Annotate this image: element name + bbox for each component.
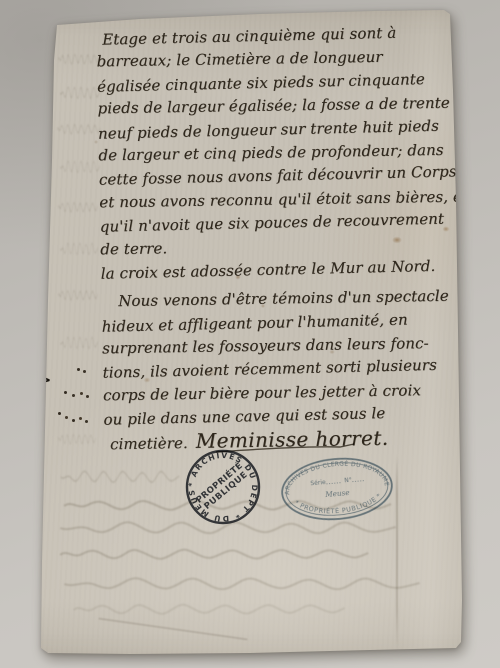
ink-bleedthrough bbox=[58, 547, 388, 561]
ink-bleedthrough bbox=[60, 336, 98, 350]
paper-shadow-wrap: Etage et trois au cinquième qui sont à b… bbox=[0, 0, 500, 668]
ink-bleedthrough bbox=[62, 577, 422, 591]
oval-stamp-num-rule bbox=[352, 481, 364, 482]
margin-ink-dots bbox=[58, 412, 61, 415]
manuscript-line-end: cimetière. bbox=[110, 434, 188, 453]
oval-stamp-num-label: N° bbox=[344, 477, 352, 485]
ink-bleedthrough bbox=[57, 122, 103, 136]
diagonal-crease bbox=[99, 618, 248, 641]
ink-bleedthrough bbox=[58, 52, 102, 66]
manuscript-text-block: Etage et trois au cinquième qui sont à b… bbox=[96, 21, 464, 455]
ink-bleedthrough bbox=[60, 470, 180, 484]
oval-stamp-serie-label: Série bbox=[310, 479, 326, 487]
manuscript-page: Etage et trois au cinquième qui sont à b… bbox=[0, 0, 500, 668]
ink-bleedthrough bbox=[60, 160, 100, 174]
ink-bleedthrough bbox=[58, 432, 98, 446]
ink-bleedthrough bbox=[58, 288, 100, 302]
ink-bleedthrough bbox=[60, 242, 98, 256]
oval-stamp-serie-rule bbox=[327, 483, 341, 484]
ink-bleedthrough bbox=[72, 602, 362, 616]
ink-bleedthrough bbox=[60, 86, 100, 100]
oval-archive-stamp: ARCHIVES DU CLERGÉ DU ROYAUME * PROPRIÉT… bbox=[274, 446, 400, 532]
photo-background: Etage et trois au cinquième qui sont à b… bbox=[0, 0, 500, 668]
margin-chevron-mark: > bbox=[37, 370, 52, 390]
margin-ink-dots bbox=[77, 368, 80, 371]
oval-stamp-dept-text: Meuse bbox=[324, 488, 350, 499]
round-archive-stamp: * ARCHIVES DU DÉPT * DU MEUSE PROPRIÉTÉ … bbox=[183, 447, 263, 527]
margin-ink-dots bbox=[64, 391, 67, 394]
ink-bleedthrough bbox=[58, 200, 100, 214]
